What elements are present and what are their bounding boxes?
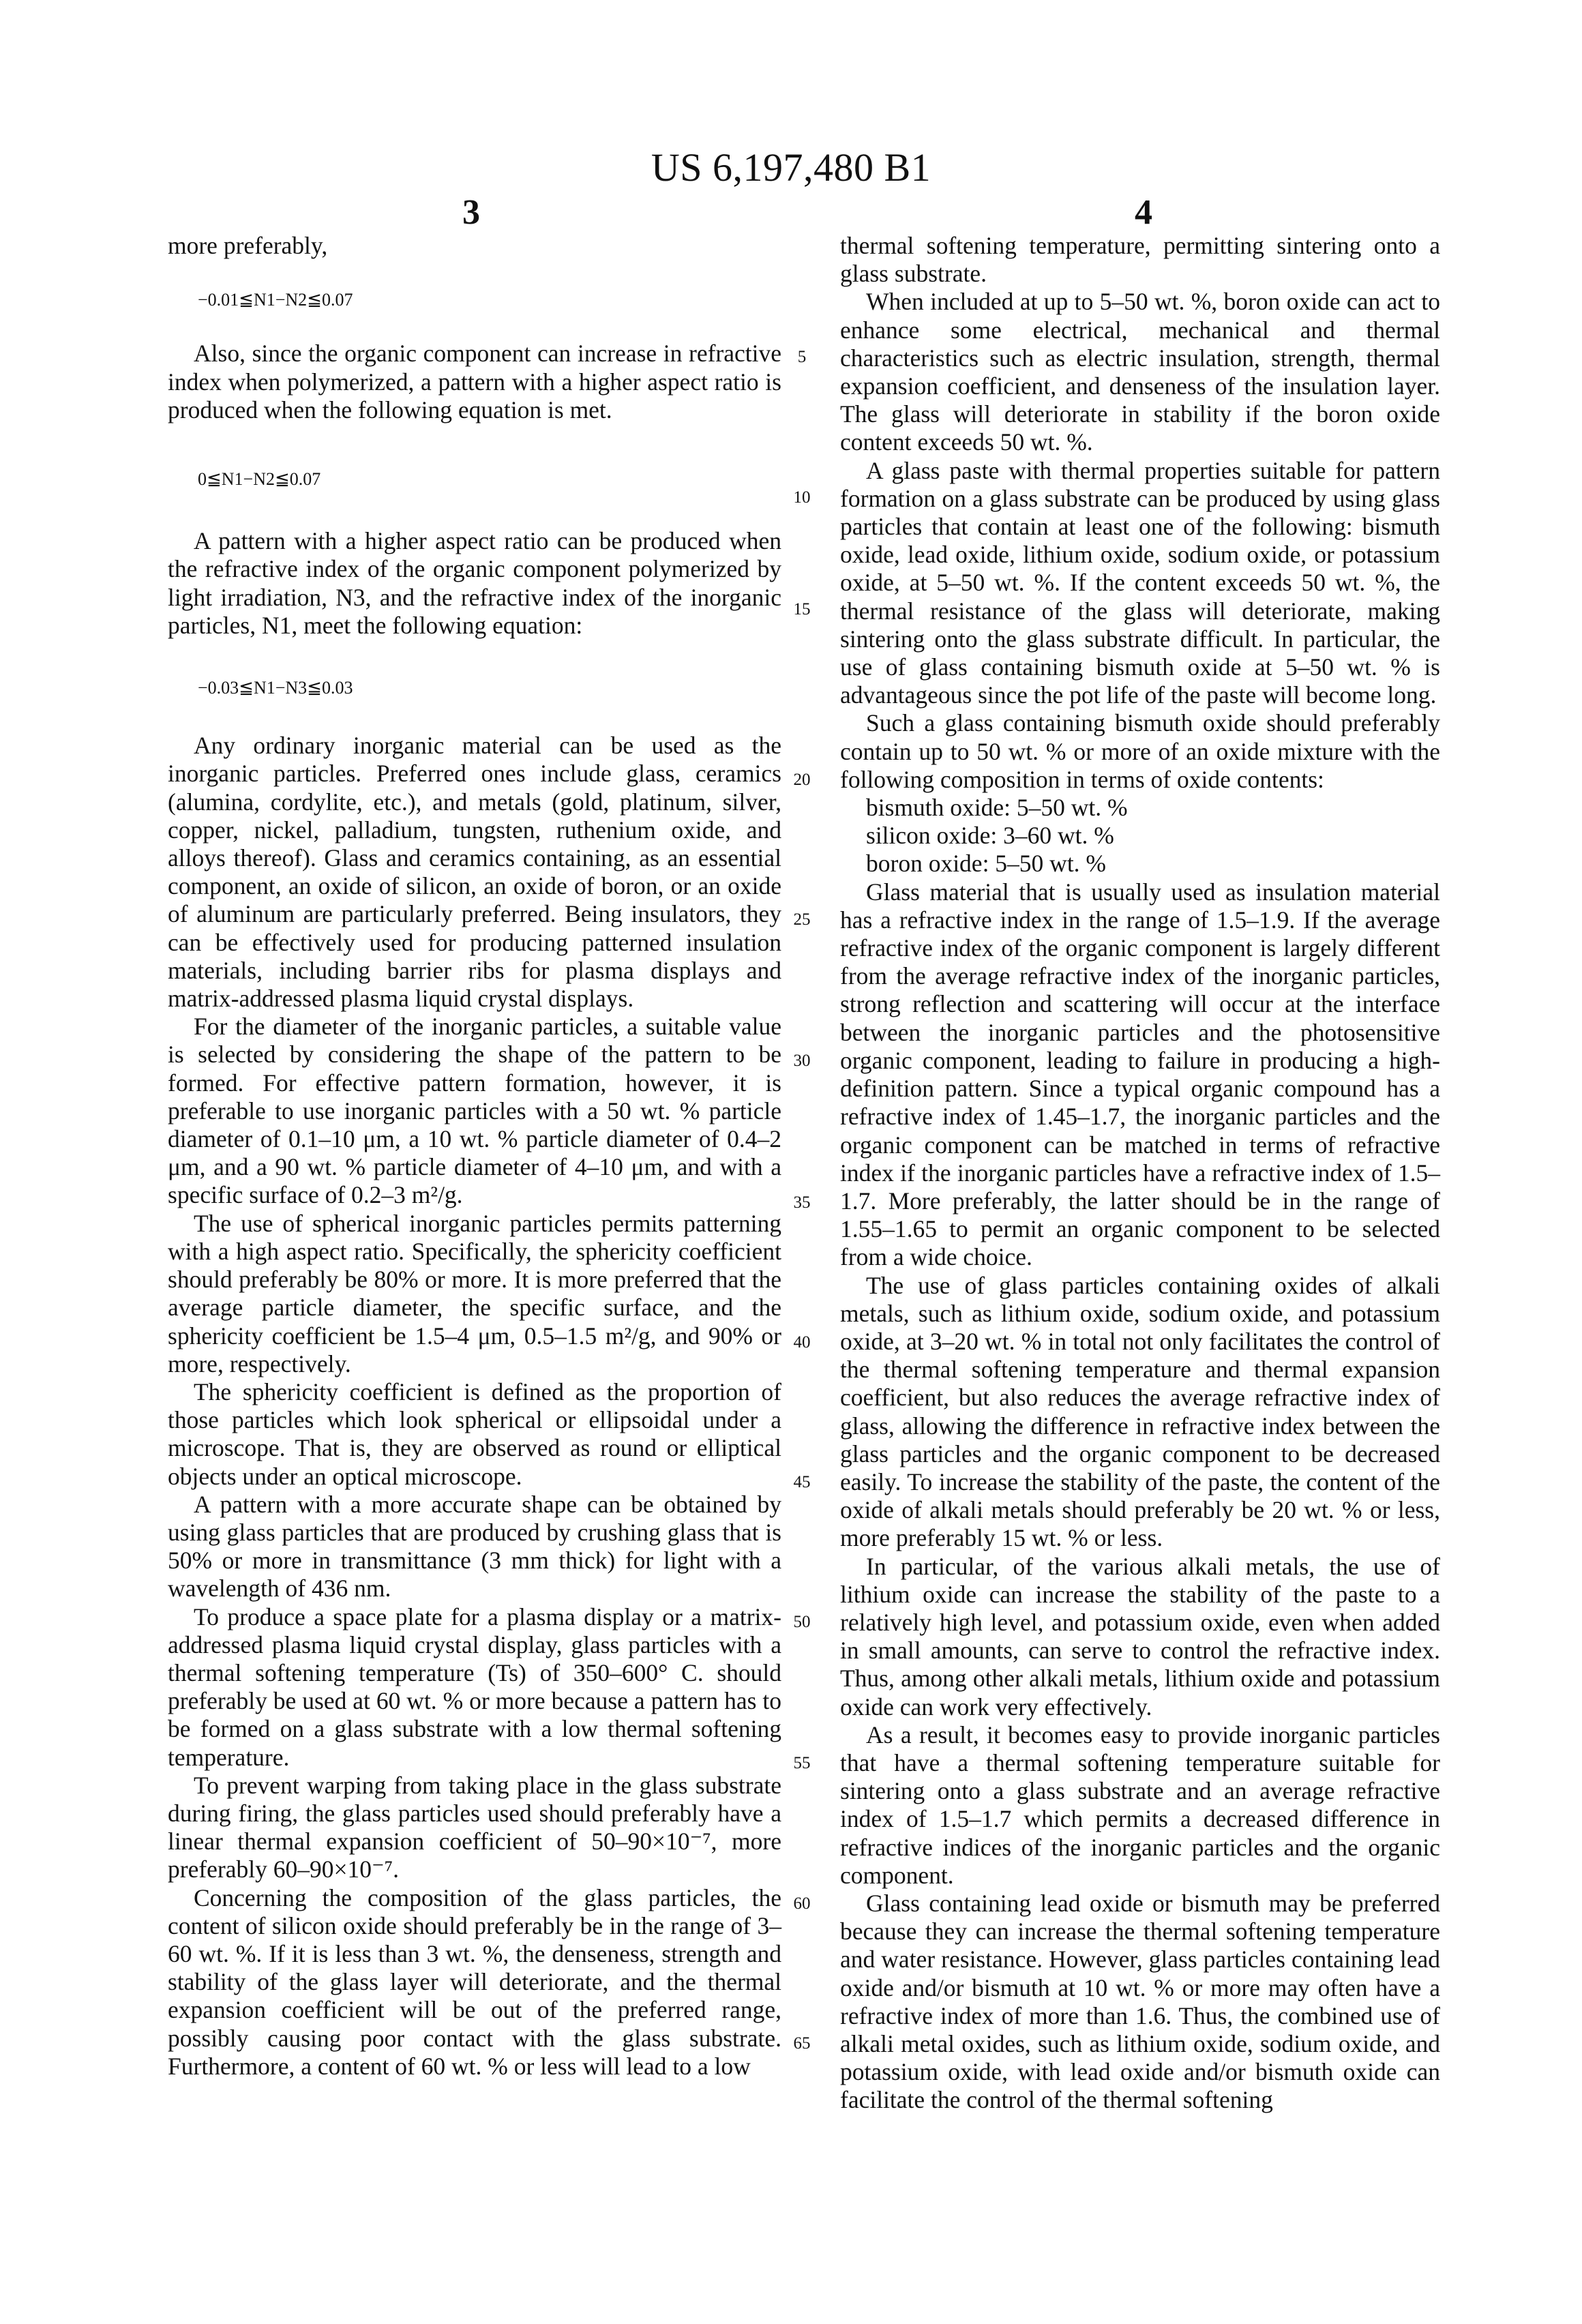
left-text-column: more preferably, −0.01≦N1−N2≦0.07 Also, … [168, 232, 781, 2081]
paragraph: As a result, it becomes easy to provide … [840, 1721, 1440, 1890]
paragraph: A pattern with a higher aspect ratio can… [168, 527, 781, 640]
composition-item: bismuth oxide: 5–50 wt. % [840, 794, 1440, 822]
line-number: 55 [784, 1754, 820, 1773]
line-number: 35 [784, 1193, 820, 1212]
paragraph: A pattern with a more accurate shape can… [168, 1491, 781, 1603]
paragraph: The use of glass particles containing ox… [840, 1272, 1440, 1553]
equation: −0.03≦N1−N3≦0.03 [198, 674, 781, 702]
left-column-number: 3 [462, 192, 480, 233]
line-number: 65 [784, 2034, 820, 2053]
paragraph: For the diameter of the inorganic partic… [168, 1013, 781, 1209]
paragraph: The use of spherical inorganic particles… [168, 1210, 781, 1378]
paragraph: Any ordinary inorganic material can be u… [168, 732, 781, 1013]
line-number: 15 [784, 600, 820, 619]
composition-item: boron oxide: 5–50 wt. % [840, 850, 1440, 878]
line-number: 50 [784, 1613, 820, 1632]
composition-item: silicon oxide: 3–60 wt. % [840, 822, 1440, 850]
paragraph: To prevent warping from taking place in … [168, 1772, 781, 1884]
paragraph: Glass material that is usually used as i… [840, 878, 1440, 1272]
paragraph: more preferably, [168, 232, 781, 260]
paragraph: In particular, of the various alkali met… [840, 1553, 1440, 1721]
line-number: 60 [784, 1894, 820, 1913]
paragraph: When included at up to 5–50 wt. %, boron… [840, 288, 1440, 456]
line-number: 20 [784, 771, 820, 790]
line-number: 10 [784, 488, 820, 507]
paragraph: To produce a space plate for a plasma di… [168, 1603, 781, 1772]
line-number: 30 [784, 1052, 820, 1071]
line-number: 25 [784, 910, 820, 929]
paragraph: Also, since the organic component can in… [168, 340, 781, 424]
paragraph: thermal softening temperature, permittin… [840, 232, 1440, 288]
line-number: 5 [784, 348, 820, 367]
line-number: 40 [784, 1333, 820, 1352]
paragraph: A glass paste with thermal properties su… [840, 457, 1440, 710]
line-number: 45 [784, 1473, 820, 1492]
paragraph: Such a glass containing bismuth oxide sh… [840, 709, 1440, 794]
right-column-number: 4 [1135, 192, 1152, 233]
equation: −0.01≦N1−N2≦0.07 [198, 286, 781, 314]
paragraph: Glass containing lead oxide or bismuth m… [840, 1890, 1440, 2115]
right-text-column: thermal softening temperature, permittin… [840, 232, 1440, 2115]
paragraph: Concerning the composition of the glass … [168, 1884, 781, 2081]
patent-number: US 6,197,480 B1 [0, 145, 1582, 190]
equation: 0≦N1−N2≦0.07 [198, 465, 781, 493]
paragraph: The sphericity coefficient is defined as… [168, 1378, 781, 1491]
